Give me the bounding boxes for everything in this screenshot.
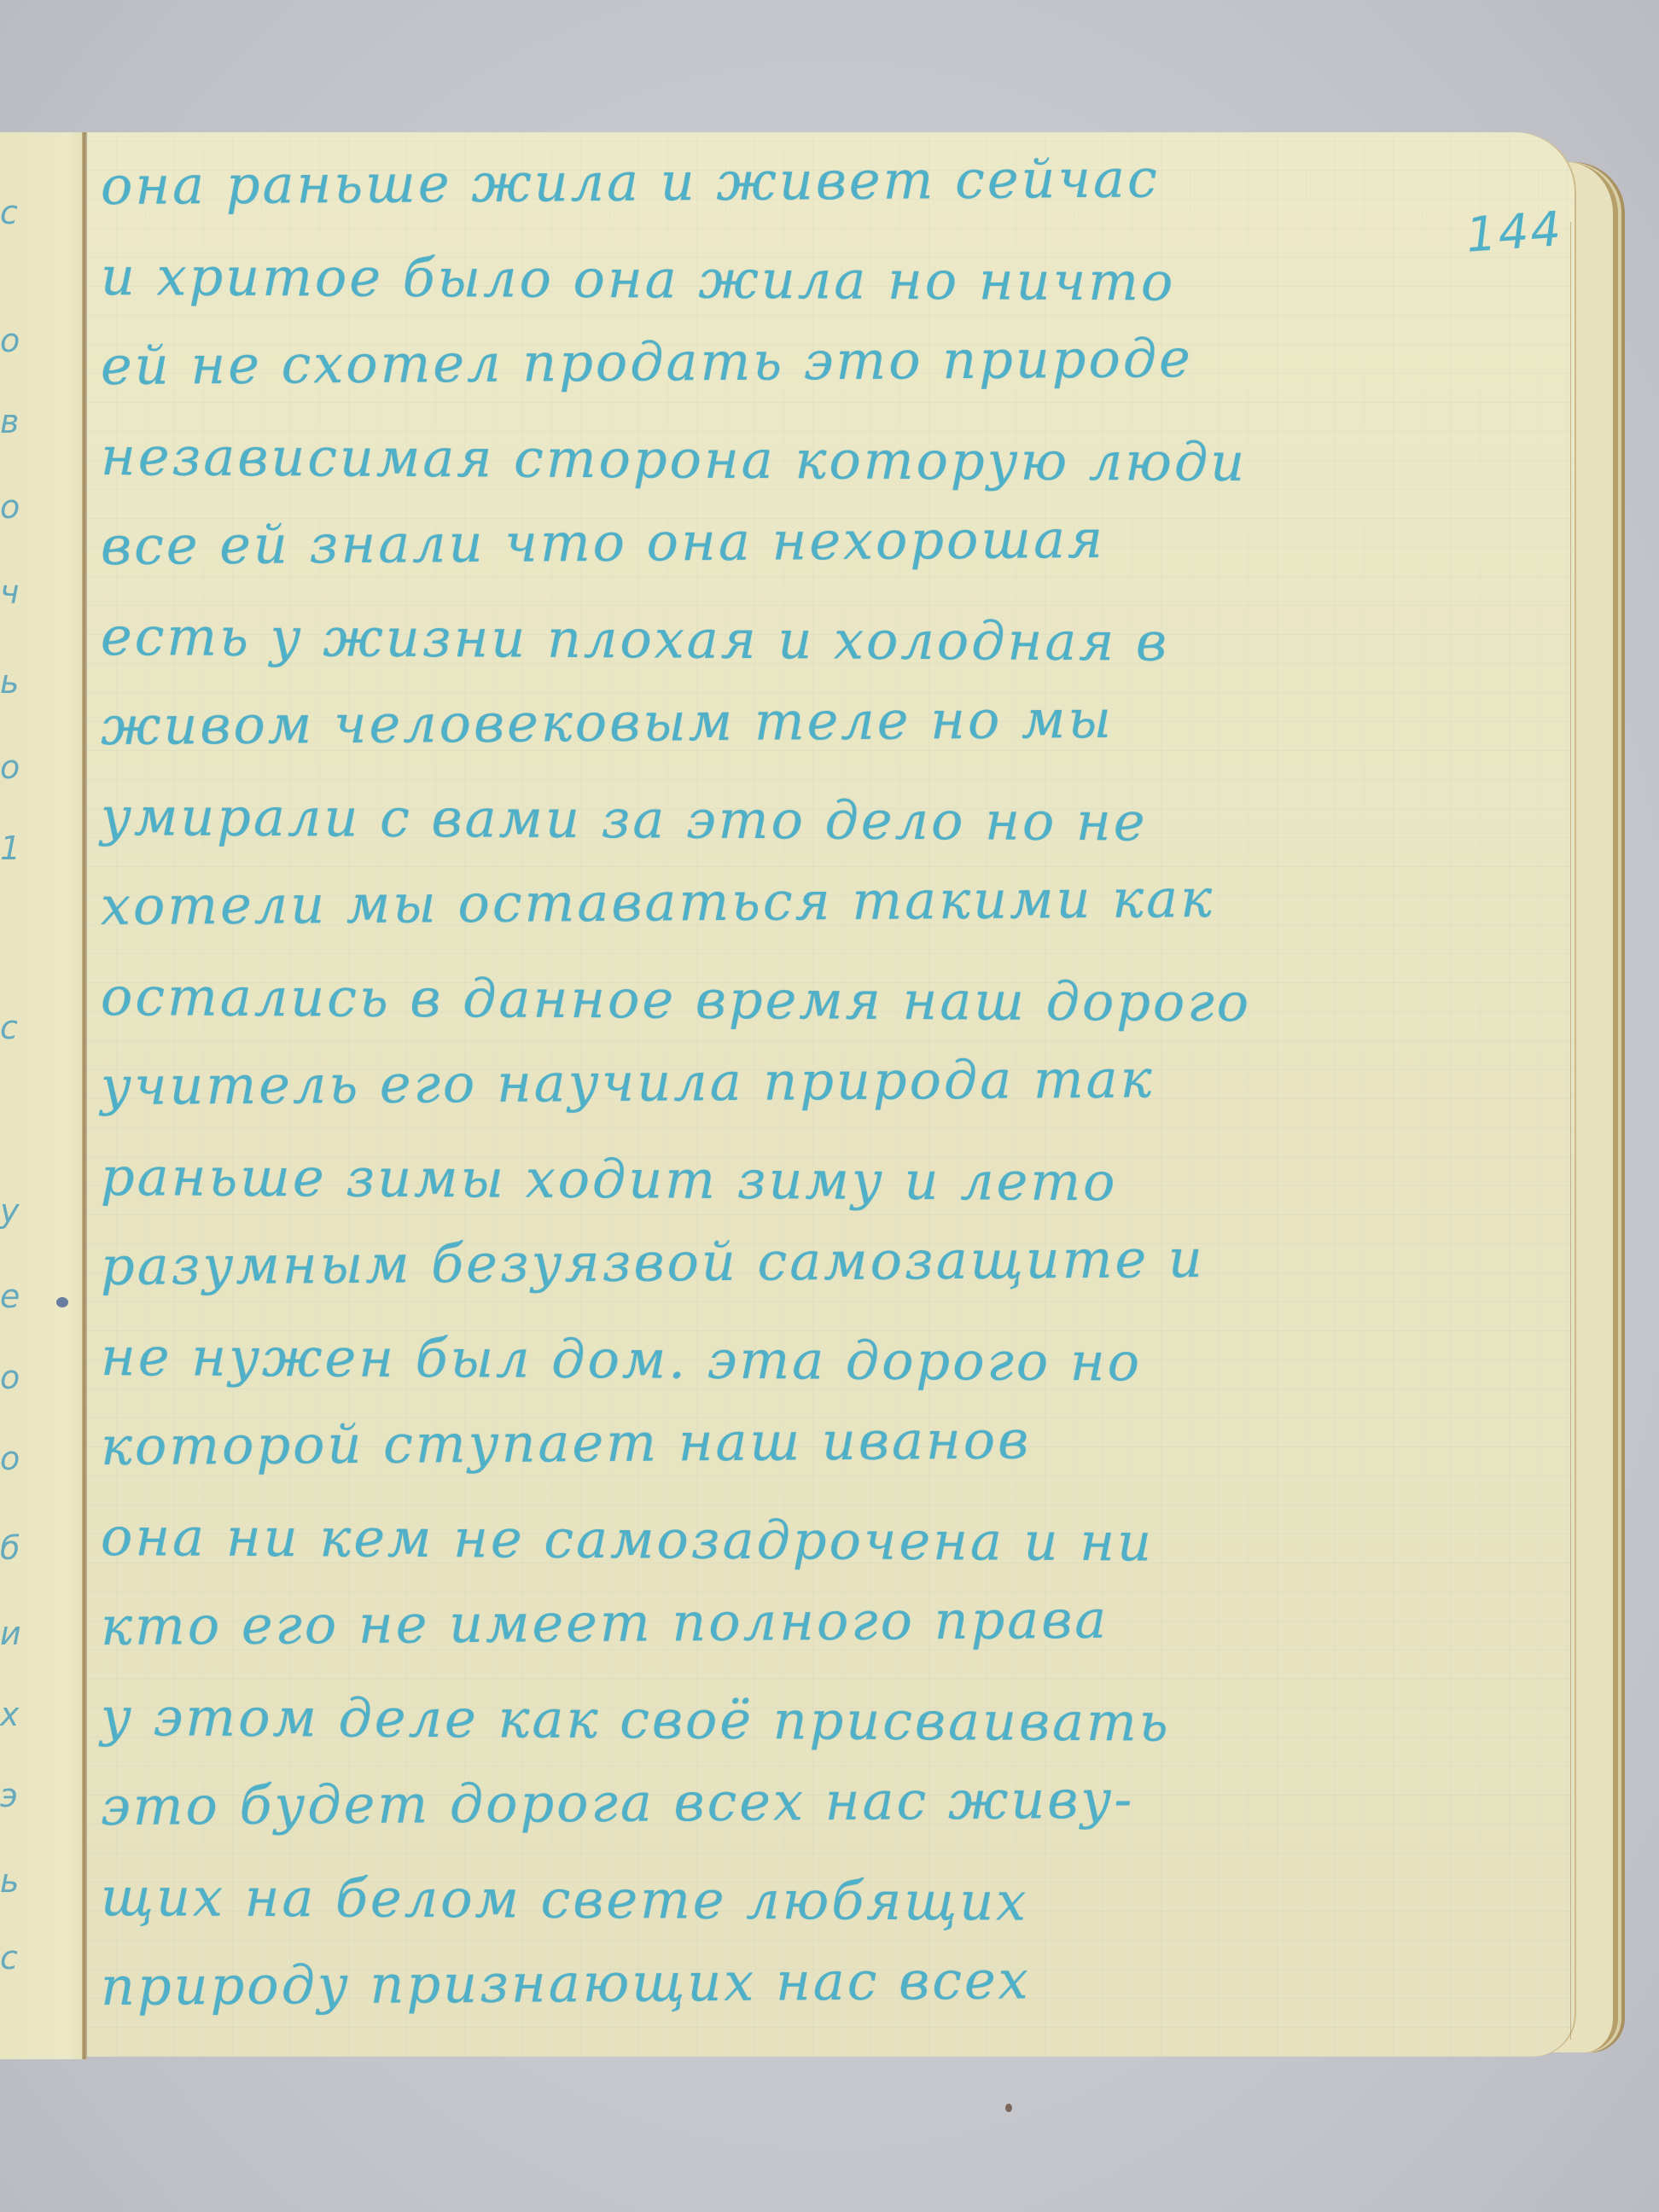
text-line: все ей знали что она нехорошая (101, 492, 1467, 591)
facing-page-edge: с о в о ч ь о 1 с у е о о б и х э ь с (0, 132, 85, 2059)
text-line: ей не схотел продать это природе (101, 311, 1467, 411)
margin-glyph: ь (0, 1865, 19, 1897)
page-fold-line (1570, 222, 1571, 2040)
text-line: кто его не имеет полного права (101, 1572, 1467, 1672)
margin-glyph: о (0, 1442, 20, 1475)
margin-glyph: о (0, 1361, 20, 1394)
margin-glyph: с (0, 196, 18, 229)
margin-glyph: о (0, 751, 20, 783)
text-line: разумным безуязвой самозащите и (101, 1212, 1467, 1312)
ink-speck (1005, 2104, 1012, 2112)
margin-glyph: о (0, 324, 20, 357)
text-line: это будет дорога всех нас живу- (101, 1752, 1467, 1852)
page-number: 144 (1464, 201, 1564, 264)
margin-glyph: ь (0, 666, 19, 698)
margin-glyph: у (0, 1195, 20, 1227)
margin-glyph: с (0, 1941, 18, 1974)
handwritten-text: она раньше жила и живет сейчас и хритое … (101, 141, 1466, 2032)
text-line: она раньше жила и живет сейчас (101, 131, 1467, 231)
margin-glyph: э (0, 1779, 18, 1812)
text-line: которой ступает наш иванов (101, 1392, 1467, 1492)
margin-glyph: ч (0, 576, 19, 608)
margin-glyph: с (0, 1011, 18, 1044)
margin-glyph: о (0, 491, 20, 523)
margin-glyph: в (0, 405, 19, 438)
margin-glyph: 1 (0, 832, 20, 864)
text-line: живом человековым теле но мы (101, 672, 1467, 771)
margin-glyph: е (0, 1280, 20, 1313)
margin-glyph: и (0, 1617, 21, 1650)
text-line: учитель его научила природа так (101, 1032, 1467, 1132)
text-line: природу признающих нас всех (101, 1932, 1467, 2032)
text-line: хотели мы оставаться такими как (101, 852, 1467, 952)
margin-glyph: б (0, 1532, 20, 1564)
ink-blot (56, 1297, 68, 1307)
margin-glyph: х (0, 1698, 20, 1731)
